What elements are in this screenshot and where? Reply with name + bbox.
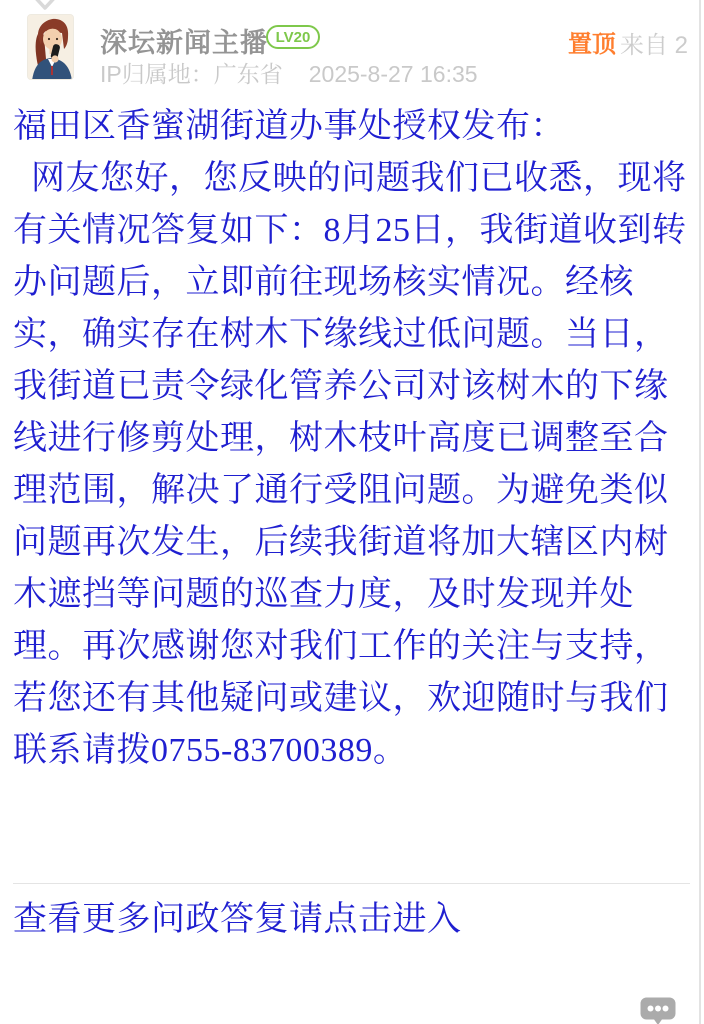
- footer-divider: [13, 883, 690, 884]
- scrollbar[interactable]: [699, 0, 701, 1024]
- post-source[interactable]: 来自 2: [620, 25, 688, 60]
- username[interactable]: 深坛新闻主播: [100, 21, 268, 60]
- post-meta-row: IP归属地：广东省2025-8-27 16:35: [100, 56, 478, 89]
- speech-bubble-ellipsis-icon[interactable]: [640, 997, 676, 1024]
- body-text-line: 有关情况答复如下：8月25日，我街道收到转: [13, 205, 693, 257]
- level-badge: LV20: [266, 25, 320, 49]
- body-text-line: 问题再次发生，后续我街道将加大辖区内树: [13, 517, 693, 569]
- body-text-line: 理范围，解决了通行受阻问题。为避免类似: [13, 465, 693, 517]
- body-text-line: 理。再次感谢您对我们工作的关注与支持，: [13, 621, 693, 673]
- body-text-line: 我街道已责令绿化管养公司对该树木的下缘: [13, 361, 693, 413]
- post-body: 福田区香蜜湖街道办事处授权发布： 网友您好，您反映的问题我们已收悉，现将有关情况…: [13, 101, 693, 777]
- body-text-line: 若您还有其他疑问或建议，欢迎随时与我们: [13, 673, 693, 725]
- body-text-line: 线进行修剪处理，树木枝叶高度已调整至合: [13, 413, 693, 465]
- body-text-line: 木遮挡等问题的巡查力度，及时发现并处: [13, 569, 693, 621]
- more-replies-link[interactable]: 查看更多问政答复请点击进入: [13, 896, 462, 944]
- post-timestamp: 2025-8-27 16:35: [309, 61, 478, 87]
- avatar-illustration: [28, 15, 74, 80]
- chevron-down-icon[interactable]: [30, 0, 60, 11]
- pinned-badge: 置顶: [568, 24, 616, 59]
- body-text-line: 办问题后，立即前往现场核实情况。经核: [13, 257, 693, 309]
- body-text-line: 网友您好，您反映的问题我们已收悉，现将: [13, 153, 693, 205]
- user-avatar[interactable]: [27, 14, 74, 80]
- ip-location: IP归属地：广东省: [100, 61, 283, 87]
- body-text-line: 福田区香蜜湖街道办事处授权发布：: [13, 101, 693, 153]
- body-text-line: 实，确实存在树木下缘线过低问题。当日，: [13, 309, 693, 361]
- body-text-line: 联系请拨0755-83700389。: [13, 725, 693, 777]
